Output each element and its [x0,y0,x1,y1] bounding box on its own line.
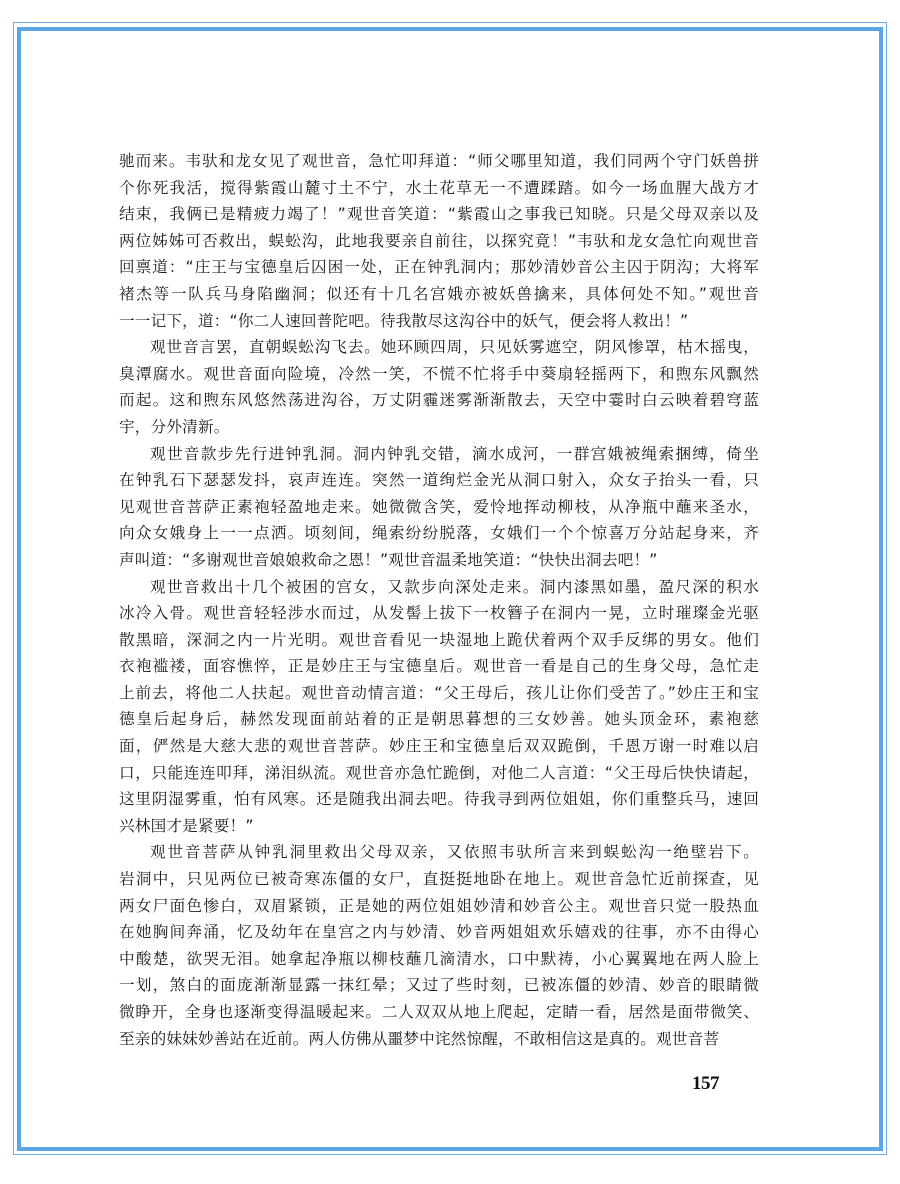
text-line: 宇，分外清新。 [119,414,759,441]
text-line: 而起。这和煦东风悠然荡进沟谷，万丈阴霾迷雾渐渐散去，天空中霎时白云映着碧穹蓝 [119,387,759,414]
text-line: 冰冷入骨。观世音轻轻涉水而过，从发髻上拔下一枚簪子在洞内一晃，立时璀璨金光驱 [119,600,759,627]
text-line: 观世音款步先行进钟乳洞。洞内钟乳交错，滴水成河，一群宫娥被绳索捆缚，倚坐 [119,441,759,468]
text-line: 散黑暗，深洞之内一片光明。观世音看见一块湿地上跪伏着两个双手反绑的男女。他们 [119,627,759,654]
text-line: 褚杰等一队兵马身陷幽洞；似还有十几名宫娥亦被妖兽擒来，具体何处不知。”观世音 [119,281,759,308]
text-line: 兴林国才是紧要！” [119,813,759,840]
text-line: 微睁开，全身也逐渐变得温暖起来。二人双双从地上爬起，定睛一看，居然是面带微笑、 [119,999,759,1026]
paragraph: 驰而来。韦驮和龙女见了观世音，急忙叩拜道：“师父哪里知道，我们同两个守门妖兽拼个… [119,148,759,334]
text-line: 见观世音菩萨正素袍轻盈地走来。她微微含笑，爱怜地挥动柳枝，从净瓶中蘸来圣水， [119,494,759,521]
page-number: 157 [692,1073,719,1095]
text-line: 口，只能连连叩拜，涕泪纵流。观世音亦急忙跪倒，对他二人言道：“父王母后快快请起， [119,760,759,787]
text-line: 衣袍褴褛，面容憔悴，正是妙庄王与宝德皇后。观世音一看是自己的生身父母，急忙走 [119,653,759,680]
text-line: 观世音救出十几个被困的宫女，又款步向深处走来。洞内漆黑如墨，盈尺深的积水 [119,574,759,601]
paragraph: 观世音款步先行进钟乳洞。洞内钟乳交错，滴水成河，一群宫娥被绳索捆缚，倚坐在钟乳石… [119,441,759,574]
text-line: 个你死我活，搅得紫霞山麓寸土不宁，水土花草无一不遭蹂踏。如今一场血腥大战方才 [119,175,759,202]
text-line: 中酸楚，欲哭无泪。她拿起净瓶以柳枝蘸几滴清水，口中默祷，小心翼翼地在两人脸上 [119,946,759,973]
paragraph: 观世音言罢，直朝蜈蚣沟飞去。她环顾四周，只见妖雾遮空，阴风惨罩，枯木摇曳，臭潭腐… [119,334,759,440]
text-line: 这里阴湿雾重，怕有风寒。还是随我出洞去吧。待我寻到两位姐姐，你们重整兵马，速回 [119,786,759,813]
text-line: 驰而来。韦驮和龙女见了观世音，急忙叩拜道：“师父哪里知道，我们同两个守门妖兽拼 [119,148,759,175]
text-line: 一一记下，道：“你二人速回普陀吧。待我散尽这沟谷中的妖气，便会将人救出！” [119,308,759,335]
paragraph: 观世音菩萨从钟乳洞里救出父母双亲，又依照韦驮所言来到蜈蚣沟一绝壁岩下。岩洞中，只… [119,839,759,1052]
text-line: 向众女娥身上一一点洒。顷刻间，绳索纷纷脱落，女娥们一个个惊喜万分站起身来，齐 [119,520,759,547]
text-line: 结束，我俩已是精疲力竭了！”观世音笑道：“紫霞山之事我已知晓。只是父母双亲以及 [119,201,759,228]
text-line: 在钟乳石下瑟瑟发抖，哀声连连。突然一道绚烂金光从洞口射入，众女子抬头一看，只 [119,467,759,494]
text-line: 臭潭腐水。观世音面向险境，冷然一笑，不慌不忙将手中葵扇轻摇两下，和煦东风飘然 [119,361,759,388]
text-line: 观世音菩萨从钟乳洞里救出父母双亲，又依照韦驮所言来到蜈蚣沟一绝壁岩下。 [119,839,759,866]
text-line: 两位姊姊可否救出，蜈蚣沟，此地我要亲自前往，以探究竟！”韦驮和龙女急忙向观世音 [119,228,759,255]
text-line: 观世音言罢，直朝蜈蚣沟飞去。她环顾四周，只见妖雾遮空，阴风惨罩，枯木摇曳， [119,334,759,361]
text-line: 一划，煞白的面庞渐渐显露一抹红晕；又过了些时刻，已被冻僵的妙清、妙音的眼睛微 [119,972,759,999]
page-body-text: 驰而来。韦驮和龙女见了观世音，急忙叩拜道：“师父哪里知道，我们同两个守门妖兽拼个… [119,148,759,1052]
paragraph: 观世音救出十几个被困的宫女，又款步向深处走来。洞内漆黑如墨，盈尺深的积水冰冷入骨… [119,574,759,840]
text-line: 面，俨然是大慈大悲的观世音菩萨。妙庄王和宝德皇后双双跪倒，千恩万谢一时难以启 [119,733,759,760]
text-line: 在她胸间奔涌，忆及幼年在皇宫之内与妙清、妙音两姐姐欢乐嬉戏的往事，亦不由得心 [119,919,759,946]
text-line: 至亲的妹妹妙善站在近前。两人仿佛从噩梦中诧然惊醒，不敢相信这是真的。观世音菩 [119,1026,759,1053]
text-line: 岩洞中，只见两位已被奇寒冻僵的女尸，直挺挺地卧在地上。观世音急忙近前探查，见 [119,866,759,893]
text-line: 声叫道：“多谢观世音娘娘救命之恩！”观世音温柔地笑道：“快快出洞去吧！” [119,547,759,574]
text-line: 回禀道：“庄王与宝德皇后囚困一处，正在钟乳洞内；那妙清妙音公主囚于阴沟；大将军 [119,254,759,281]
text-line: 上前去，将他二人扶起。观世音动情言道：“父王母后，孩儿让你们受苦了。”妙庄王和宝 [119,680,759,707]
text-line: 两女尸面色惨白，双眉紧锁，正是她的两位姐姐妙清和妙音公主。观世音只觉一股热血 [119,893,759,920]
text-line: 德皇后起身后，赫然发现面前站着的正是朝思暮想的三女妙善。她头顶金环，素袍慈 [119,706,759,733]
